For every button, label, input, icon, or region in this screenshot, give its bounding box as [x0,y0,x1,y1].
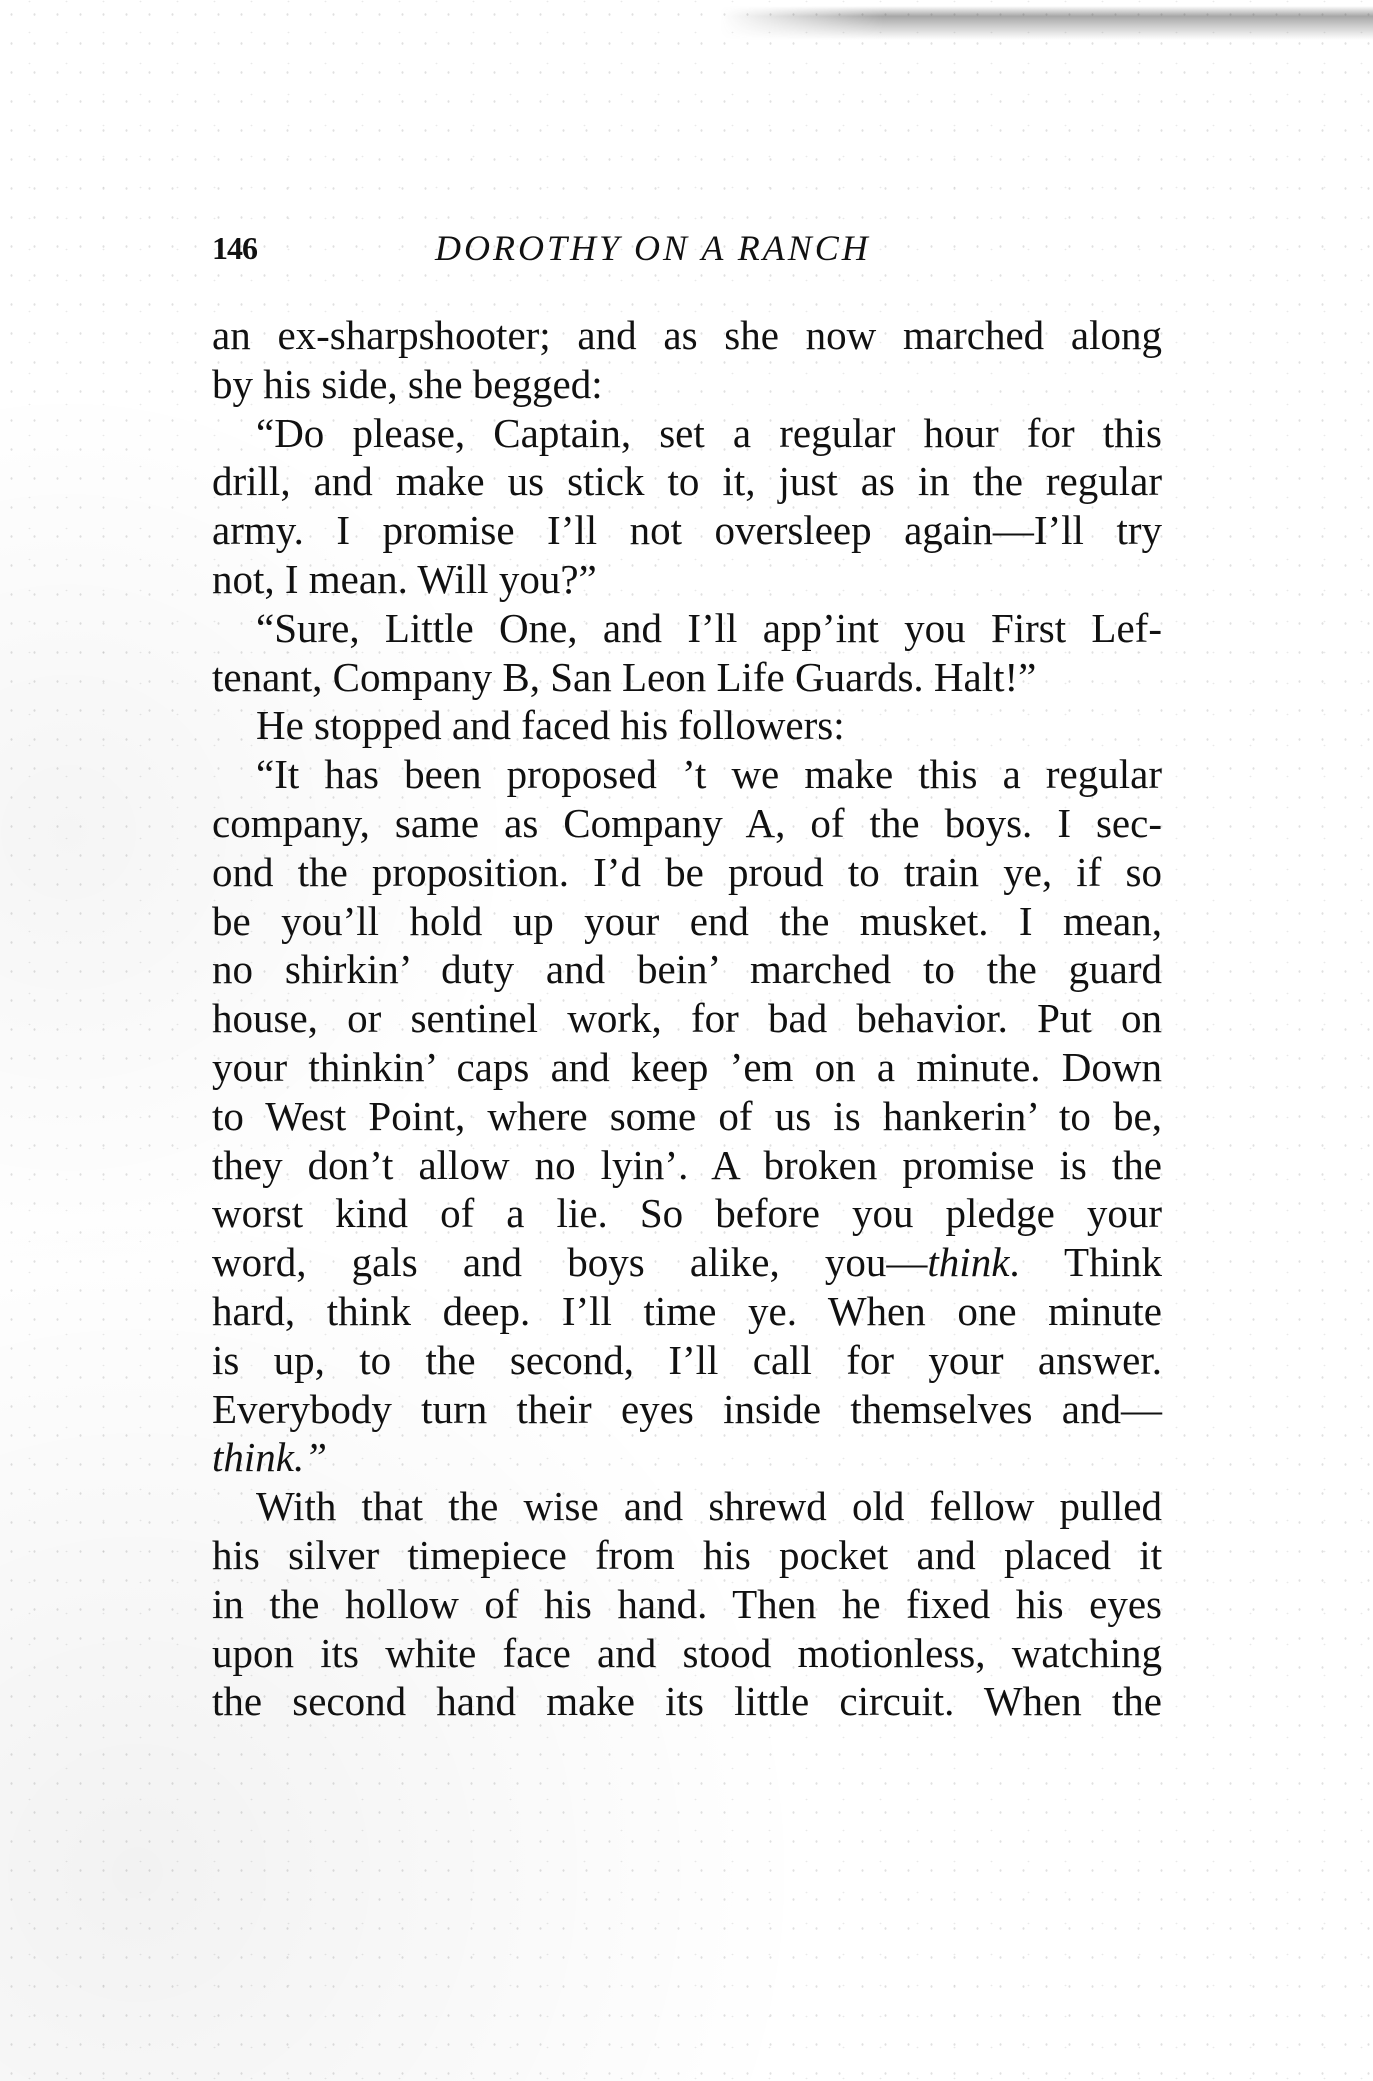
text-line: upon its white face and stood motionless… [212,1629,1162,1678]
text-line: “Sure, Little One, and I’ll app’int you … [212,604,1162,653]
text-line: worst kind of a lie. So before you pledg… [212,1189,1162,1238]
text-line: by his side, she begged: [212,360,1162,409]
text-line: is up, to the second, I’ll call for your… [212,1336,1162,1385]
text-line: tenant, Company B, San Leon Life Guards.… [212,653,1162,702]
text-line: “Do please, Captain, set a regular hour … [212,409,1162,458]
text-segment: . Think [1009,1239,1162,1285]
text-line: company, same as Company A, of the boys.… [212,799,1162,848]
text-line: drill, and make us stick to it, just as … [212,457,1162,506]
text-line: in the hollow of his hand. Then he fixed… [212,1580,1162,1629]
text-line: He stopped and faced his followers: [212,701,1162,750]
text-line: your thinkin’ caps and keep ’em on a min… [212,1043,1162,1092]
text-line: “It has been proposed ’t we make this a … [212,750,1162,799]
book-title: DOROTHY ON A RANCH [435,226,871,270]
text-line: With that the wise and shrewd old fellow… [212,1482,1162,1531]
italic-text: think.” [212,1434,327,1480]
scan-edge-shadow [720,6,1373,40]
text-line: word, gals and boys alike, you—think. Th… [212,1238,1162,1287]
text-line: think.” [212,1433,1162,1482]
text-line: house, or sentinel work, for bad behavio… [212,994,1162,1043]
page-number: 146 [212,226,257,270]
text-segment: word, gals and boys alike, you— [212,1239,927,1285]
text-line: army. I promise I’ll not oversleep again… [212,506,1162,555]
italic-text: think [927,1239,1009,1285]
text-line: no shirkin’ duty and bein’ marched to th… [212,945,1162,994]
text-line: be you’ll hold up your end the musket. I… [212,897,1162,946]
text-line: Everybody turn their eyes inside themsel… [212,1385,1162,1434]
text-line: the second hand make its little circuit.… [212,1677,1162,1726]
text-line: his silver timepiece from his pocket and… [212,1531,1162,1580]
text-line: not, I mean. Will you?” [212,555,1162,604]
text-line: to West Point, where some of us is hanke… [212,1092,1162,1141]
text-line: an ex-sharpshooter; and as she now march… [212,311,1162,360]
body-text: an ex-sharpshooter; and as she now march… [212,311,1162,1726]
text-line: ond the proposition. I’d be proud to tra… [212,848,1162,897]
running-head: 146 DOROTHY ON A RANCH [212,226,1162,270]
text-line: they don’t allow no lyin’. A broken prom… [212,1141,1162,1190]
text-line: hard, think deep. I’ll time ye. When one… [212,1287,1162,1336]
